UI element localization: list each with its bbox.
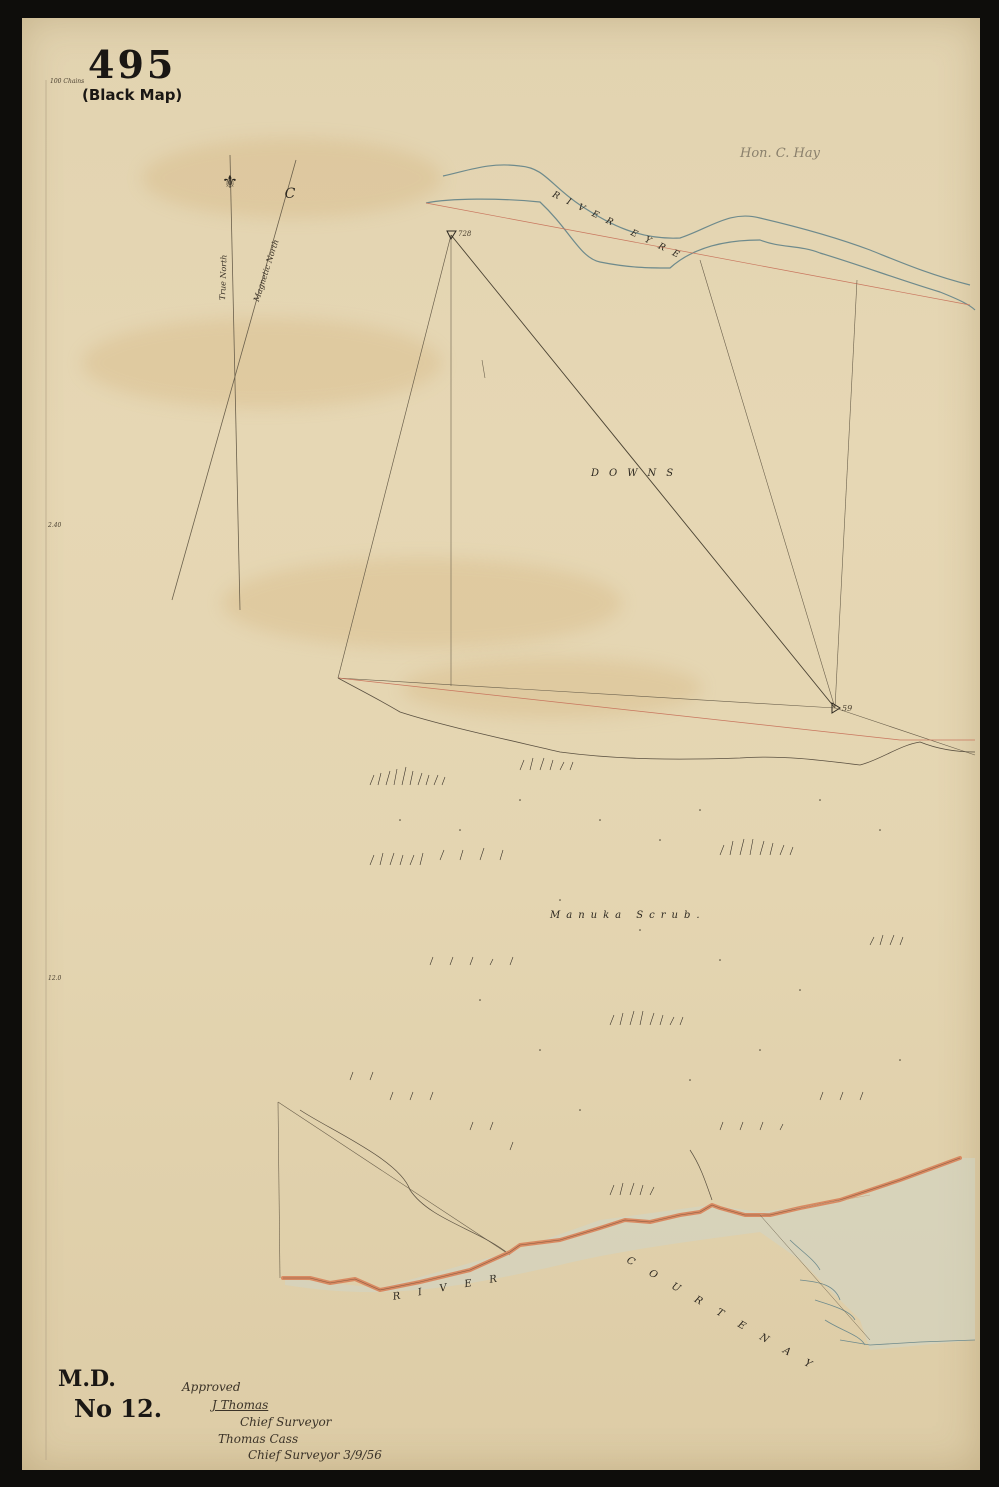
survey-line: [700, 260, 835, 708]
true-north-line: [230, 155, 240, 610]
sheet-subtitle: (Black Map): [82, 86, 182, 104]
approval-title: Chief Surveyor: [240, 1415, 331, 1429]
fleur-de-lis-icon: ⚜: [222, 172, 238, 193]
downs-label: DOWNS: [591, 468, 683, 479]
district-label: M.D.: [58, 1366, 116, 1392]
magnetic-north-line: [172, 160, 296, 600]
survey-map-drawing: ⚜ C: [0, 0, 999, 1487]
plan-number: No 12.: [74, 1394, 162, 1423]
survey-line: [835, 280, 857, 708]
margin-tick-top: 100 Chains: [50, 78, 84, 85]
station-label: 728: [458, 230, 471, 238]
river-courtenay-water: [285, 1158, 975, 1350]
boundary-line-south: [338, 678, 900, 740]
scrub-boundary: [338, 678, 975, 765]
approval-signature: J Thomas: [212, 1398, 268, 1412]
true-north-label: True North: [218, 254, 229, 300]
margin-tick-mid: 2.40: [48, 522, 61, 529]
pencil-note: Hon. C. Hay: [740, 146, 820, 161]
survey-line: [338, 678, 835, 708]
survey-line: [278, 1102, 510, 1255]
scrub-hatching: [350, 758, 903, 1195]
magnetic-mark-icon: C: [285, 186, 296, 202]
sheet-number: 495: [88, 42, 176, 87]
margin-tick-lower: 12.0: [48, 975, 61, 982]
boundary-line-north: [426, 203, 970, 305]
station-label: 59: [842, 704, 852, 713]
approval-line: Approved: [182, 1380, 241, 1394]
approval-signature: Thomas Cass: [218, 1432, 298, 1446]
survey-line: [278, 1102, 280, 1278]
scrub-dots: [399, 799, 901, 1111]
approval-date: Chief Surveyor 3/9/56: [248, 1448, 382, 1462]
survey-line: [338, 235, 451, 678]
river-eyre-north-bank: [443, 165, 970, 285]
manuka-scrub-label: Manuka Scrub.: [550, 910, 706, 921]
